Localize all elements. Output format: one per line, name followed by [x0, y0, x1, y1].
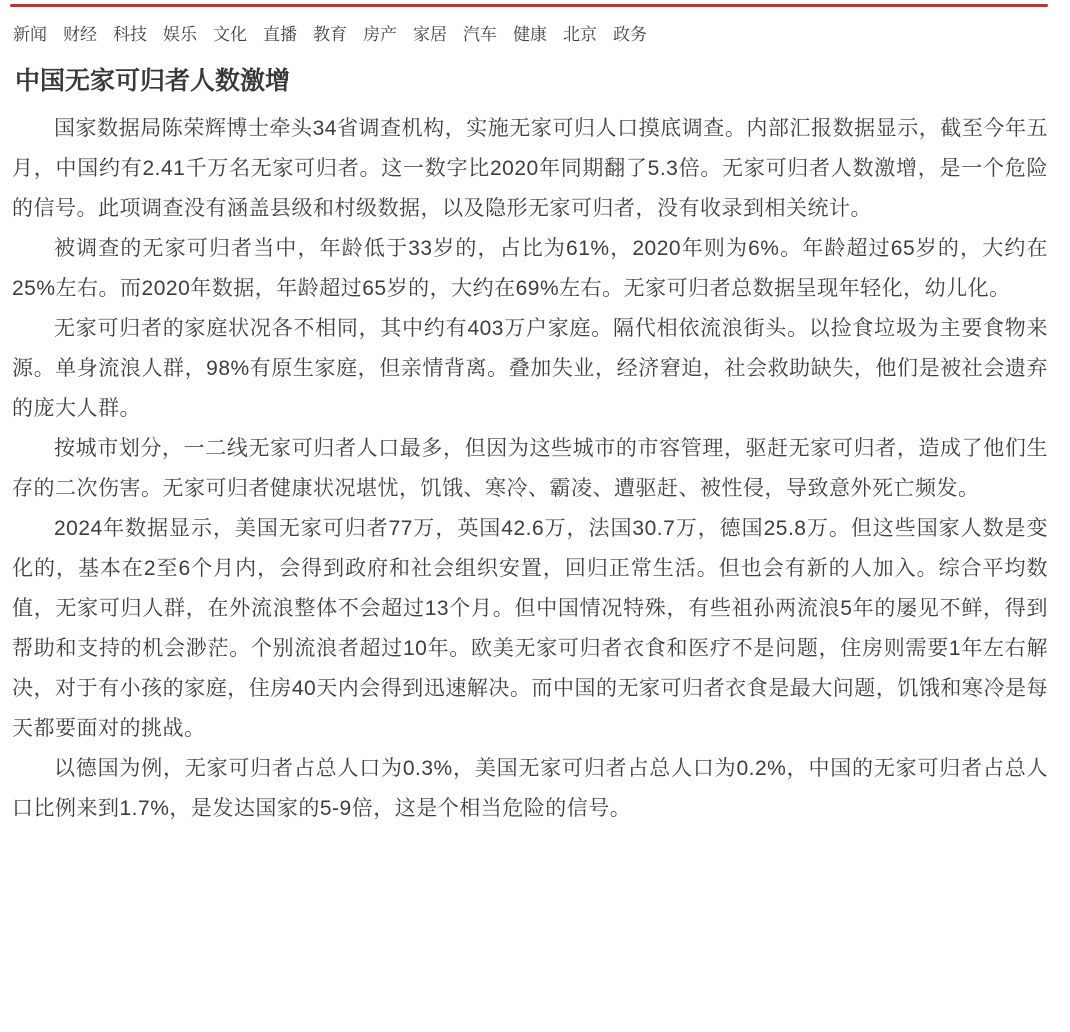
- site-nav: 新闻财经科技娱乐文化直播教育房产家居汽车健康北京政务: [0, 7, 1070, 45]
- nav-item[interactable]: 北京: [563, 20, 597, 45]
- nav-item[interactable]: 文化: [213, 20, 247, 45]
- nav-item[interactable]: 财经: [63, 20, 97, 45]
- nav-item[interactable]: 直播: [263, 20, 297, 45]
- nav-item[interactable]: 健康: [513, 20, 547, 45]
- article-paragraph: 以德国为例，无家可归者占总人口为0.3%，美国无家可归者占总人口为0.2%，中国…: [12, 749, 1048, 829]
- article-paragraph: 按城市划分，一二线无家可归者人口最多，但因为这些城市的市容管理，驱赶无家可归者，…: [12, 429, 1048, 509]
- article-paragraph: 被调查的无家可归者当中，年龄低于33岁的，占比为61%，2020年则为6%。年龄…: [12, 229, 1048, 309]
- nav-item[interactable]: 科技: [113, 20, 147, 45]
- nav-item[interactable]: 房产: [363, 20, 397, 45]
- article-paragraph: 无家可归者的家庭状况各不相同，其中约有403万户家庭。隔代相依流浪街头。以捡食垃…: [12, 309, 1048, 429]
- article-paragraph: 2024年数据显示，美国无家可归者77万，英国42.6万，法国30.7万，德国2…: [12, 509, 1048, 749]
- nav-item[interactable]: 政务: [613, 20, 647, 45]
- article-body: 国家数据局陈荣辉博士牵头34省调查机构，实施无家可归人口摸底调查。内部汇报数据显…: [12, 109, 1048, 829]
- nav-item[interactable]: 娱乐: [163, 20, 197, 45]
- article: 中国无家可归者人数激增 国家数据局陈荣辉博士牵头34省调查机构，实施无家可归人口…: [0, 66, 1070, 829]
- article-title: 中国无家可归者人数激增: [15, 66, 1048, 96]
- nav-item[interactable]: 新闻: [13, 20, 47, 45]
- article-paragraph: 国家数据局陈荣辉博士牵头34省调查机构，实施无家可归人口摸底调查。内部汇报数据显…: [12, 109, 1048, 229]
- nav-item[interactable]: 家居: [413, 20, 447, 45]
- nav-item[interactable]: 教育: [313, 20, 347, 45]
- nav-item[interactable]: 汽车: [463, 20, 497, 45]
